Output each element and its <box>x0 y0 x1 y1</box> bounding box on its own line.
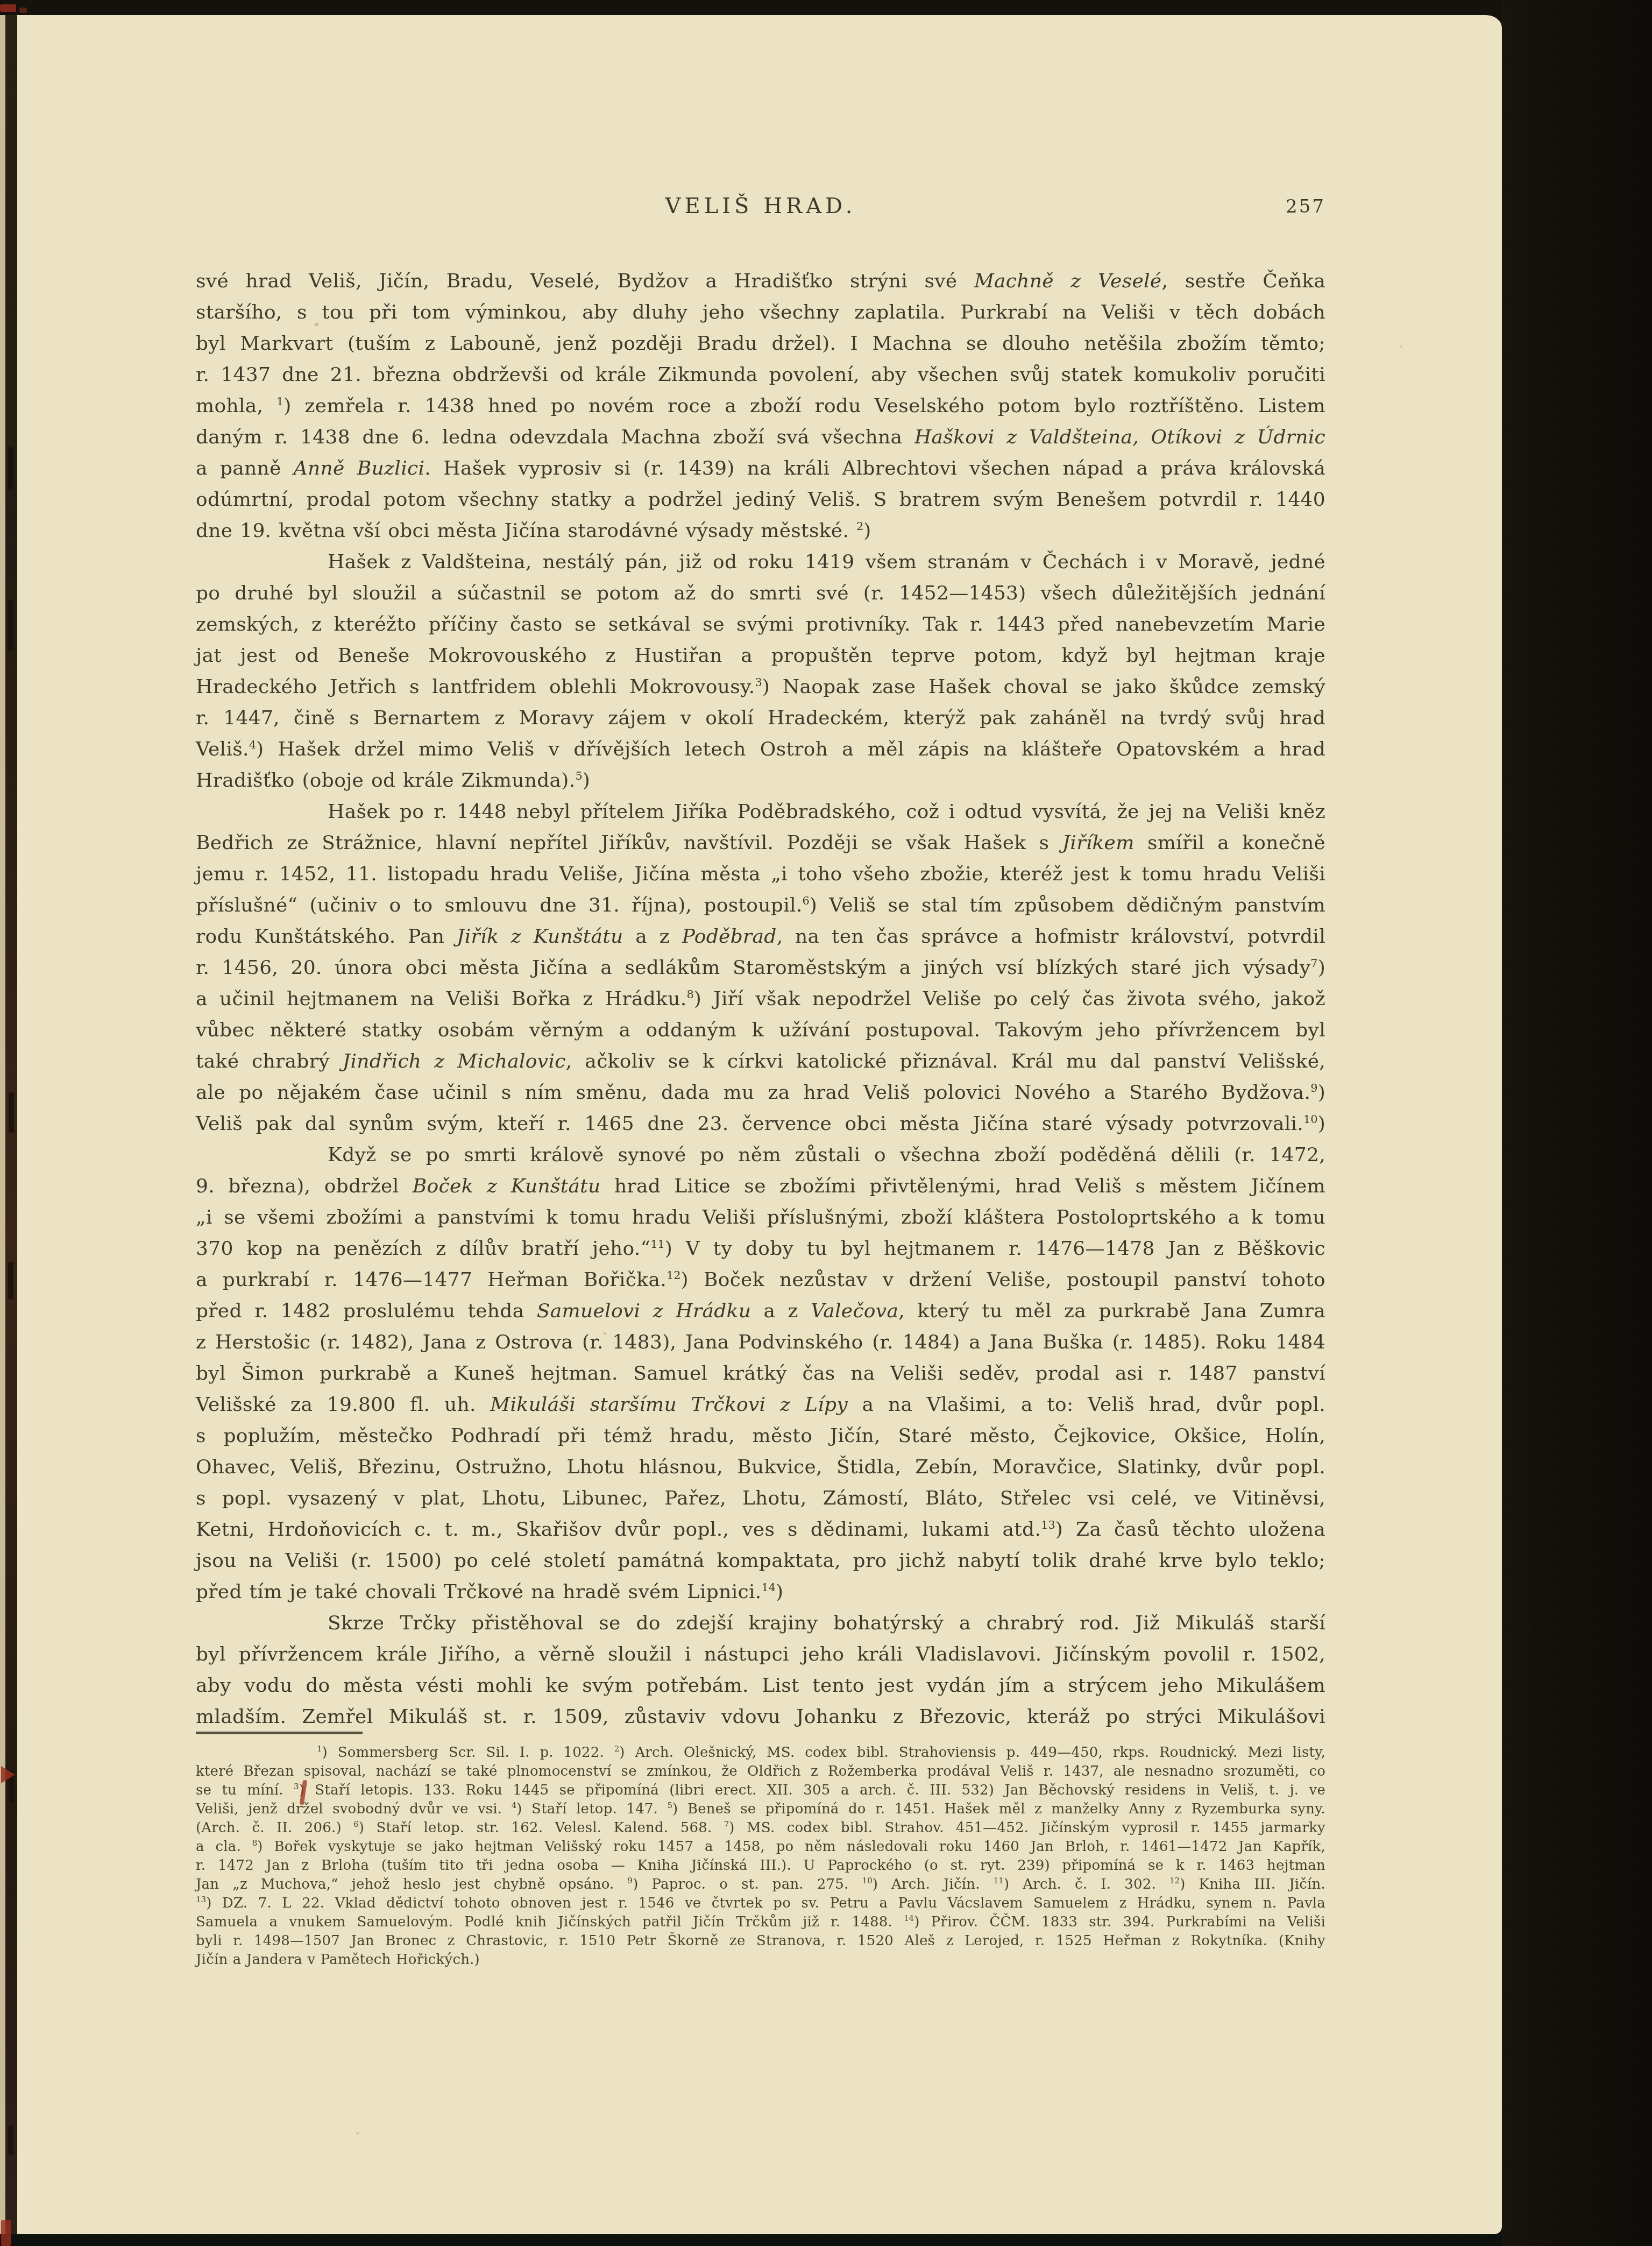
body-text-line: staršího, s tou při tom výminkou, aby dl… <box>196 297 1325 328</box>
body-text-line: byl Šimon purkrabě a Kuneš hejtman. Samu… <box>196 1358 1325 1389</box>
footnote-line: r. 1472 Jan z Brloha (tuším tito tři jed… <box>196 1856 1325 1875</box>
spine-ink-dash <box>8 600 13 651</box>
body-text-line: r. 1447, čině s Bernartem z Moravy zájem… <box>196 703 1325 734</box>
body-text-line: 370 kop na penězích z dílův bratří jeho.… <box>196 1233 1325 1265</box>
body-text-line: po druhé byl sloužil a súčastnil se poto… <box>196 578 1325 609</box>
red-ink-mark <box>1 2220 11 2246</box>
body-text-line: a panně Anně Buzlici. Hašek vyprosiv si … <box>196 453 1325 484</box>
body-text-line: byl přívržencem krále Jiřího, a věrně sl… <box>196 1639 1325 1670</box>
running-title: VELIŠ HRAD. <box>196 194 1325 218</box>
body-text-line: aby vodu do města vésti mohli ke svým po… <box>196 1670 1325 1701</box>
body-text-line: Hašek z Valdšteina, nestálý pán, již od … <box>196 547 1325 578</box>
scan-border-bottom <box>0 2234 1652 2246</box>
body-text-line: zemských, z kteréžto příčiny často se se… <box>196 609 1325 640</box>
body-text-line: Ohavec, Veliš, Březinu, Ostružno, Lhotu … <box>196 1452 1325 1483</box>
body-text-line: Veliš.4) Hašek držel mimo Veliš v dřívěj… <box>196 734 1325 765</box>
body-text-line: mladším. Zemřel Mikuláš st. r. 1509, zůs… <box>196 1701 1325 1733</box>
footnote-line: Jan „z Muchova,“ jehož heslo jest chybně… <box>196 1875 1325 1894</box>
footnotes: 1) Sommersberg Scr. Sil. I. p. 1022. 2) … <box>196 1743 1325 1969</box>
body-text-line: s poplužím, městečko Podhradí při témž h… <box>196 1421 1325 1452</box>
page-number: 257 <box>1286 196 1325 217</box>
body-text-line: r. 1437 dne 21. března obdrževši od král… <box>196 359 1325 391</box>
footnote-separator <box>196 1732 363 1734</box>
body-text-line: a učinil hejtmanem na Veliši Bořka z Hrá… <box>196 984 1325 1015</box>
body-text-line: daným r. 1438 dne 6. ledna odevzdala Mac… <box>196 422 1325 453</box>
body-text-line: Skrze Trčky přistěhoval se do zdejší kra… <box>196 1608 1325 1639</box>
body-text: své hrad Veliš, Jičín, Bradu, Veselé, By… <box>196 266 1325 1733</box>
footnote-line: Jičín a Jandera v Pamětech Hořických.) <box>196 1951 1325 1969</box>
book-page: VELIŠ HRAD. 257 své hrad Veliš, Jičín, B… <box>17 15 1502 2234</box>
body-text-line: Hradeckého Jetřich s lantfridem oblehli … <box>196 672 1325 703</box>
body-text-line: také chrabrý Jindřich z Michalovic, ačko… <box>196 1046 1325 1077</box>
paper-speck <box>1400 345 1402 348</box>
body-text-line: rodu Kunštátského. Pan Jiřík z Kunštátu … <box>196 921 1325 952</box>
spine-ink-dash <box>8 2125 13 2155</box>
body-text-line: Když se po smrti králově synové po něm z… <box>196 1140 1325 1171</box>
page-header: VELIŠ HRAD. 257 <box>196 194 1325 226</box>
body-text-line: ale po nějakém čase učinil s ním směnu, … <box>196 1077 1325 1108</box>
footnote-line: které Březan spisoval, nachází se také p… <box>196 1762 1325 1781</box>
scan-border-top <box>0 0 1652 15</box>
footnote-line: se tu míní. 3) Staří letopis. 133. Roku … <box>196 1781 1325 1800</box>
body-text-line: před r. 1482 proslulému tehda Samuelovi … <box>196 1296 1325 1327</box>
paper-speck <box>604 1332 606 1335</box>
footnote-line: 1) Sommersberg Scr. Sil. I. p. 1022. 2) … <box>196 1743 1325 1762</box>
body-text-line: jat jest od Beneše Mokrovouského z Husti… <box>196 640 1325 672</box>
body-text-line: byl Markvart (tuším z Labouně, jenž pozd… <box>196 328 1325 359</box>
body-text-line: a purkrabí r. 1476—1477 Heřman Bořička.1… <box>196 1265 1325 1296</box>
body-text-line: dne 19. května vší obci města Jičína sta… <box>196 515 1325 547</box>
body-text-line: z Herstošic (r. 1482), Jana z Ostrova (r… <box>196 1327 1325 1358</box>
body-text-line: Veliš pak dal synům svým, kteří r. 1465 … <box>196 1108 1325 1140</box>
body-text-line: Hradišťko (oboje od krále Zikmunda).5) <box>196 765 1325 796</box>
body-text-line: 9. března), obdržel Boček z Kunštátu hra… <box>196 1171 1325 1202</box>
body-text-line: mohla, 1) zemřela r. 1438 hned po novém … <box>196 391 1325 422</box>
paper-speck <box>1217 598 1219 601</box>
footnote-line: Samuela a vnukem Samuelovým. Podlé knih … <box>196 1913 1325 1932</box>
red-ink-mark <box>0 4 16 12</box>
footnote-line: a cla. 8) Bořek vyskytuje se jako hejtma… <box>196 1838 1325 1856</box>
paper-speck <box>356 2132 359 2135</box>
body-text-line: jsou na Veliši (r. 1500) po celé století… <box>196 1545 1325 1577</box>
page-edge-strip <box>0 0 5 2246</box>
body-text-line: příslušné“ (učiniv o to smlouvu dne 31. … <box>196 890 1325 921</box>
body-text-line: Velišské za 19.800 fl. uh. Mikuláši star… <box>196 1389 1325 1421</box>
footnote-line: 13) DZ. 7. L 22. Vklad dědictví tohoto o… <box>196 1894 1325 1913</box>
body-text-line: Hašek po r. 1448 nebyl přítelem Jiříka P… <box>196 796 1325 828</box>
body-text-line: odúmrtní, prodal potom všechny statky a … <box>196 484 1325 515</box>
body-text-line: r. 1456, 20. února obci města Jičína a s… <box>196 952 1325 984</box>
scan-border-right <box>1502 0 1652 2246</box>
body-text-line: Bedřich ze Strážnice, hlavní nepřítel Ji… <box>196 828 1325 859</box>
footnote-line: (Arch. č. II. 206.) 6) Staří letop. str.… <box>196 1819 1325 1838</box>
spine-ink-dash <box>8 447 13 490</box>
spine-ink-dash <box>9 1092 14 1133</box>
body-text-line: s popl. vysazený v plat, Lhotu, Libunec,… <box>196 1483 1325 1514</box>
body-text-line: Ketni, Hrdoňovicích c. t. m., Skařišov d… <box>196 1514 1325 1545</box>
body-text-line: před tím je také chovali Trčkové na hrad… <box>196 1577 1325 1608</box>
scanned-book-page: VELIŠ HRAD. 257 své hrad Veliš, Jičín, B… <box>0 0 1652 2246</box>
body-text-line: jemu r. 1452, 11. listopadu hradu Veliše… <box>196 859 1325 890</box>
body-text-line: „i se všemi zbožími a panstvími k tomu h… <box>196 1202 1325 1233</box>
body-text-line: své hrad Veliš, Jičín, Bradu, Veselé, By… <box>196 266 1325 297</box>
red-margin-arrow <box>1 1766 15 1783</box>
red-ink-mark <box>19 8 27 13</box>
paper-speck <box>315 323 318 326</box>
footnote-line: Veliši, jenž držel svobodný dvůr ve vsi.… <box>196 1800 1325 1819</box>
body-text-line: vůbec některé statky osobám věrným a odd… <box>196 1015 1325 1046</box>
footnote-line: byli r. 1498—1507 Jan Bronec z Chrastovi… <box>196 1932 1325 1951</box>
spine-ink-dash <box>8 1262 13 1299</box>
